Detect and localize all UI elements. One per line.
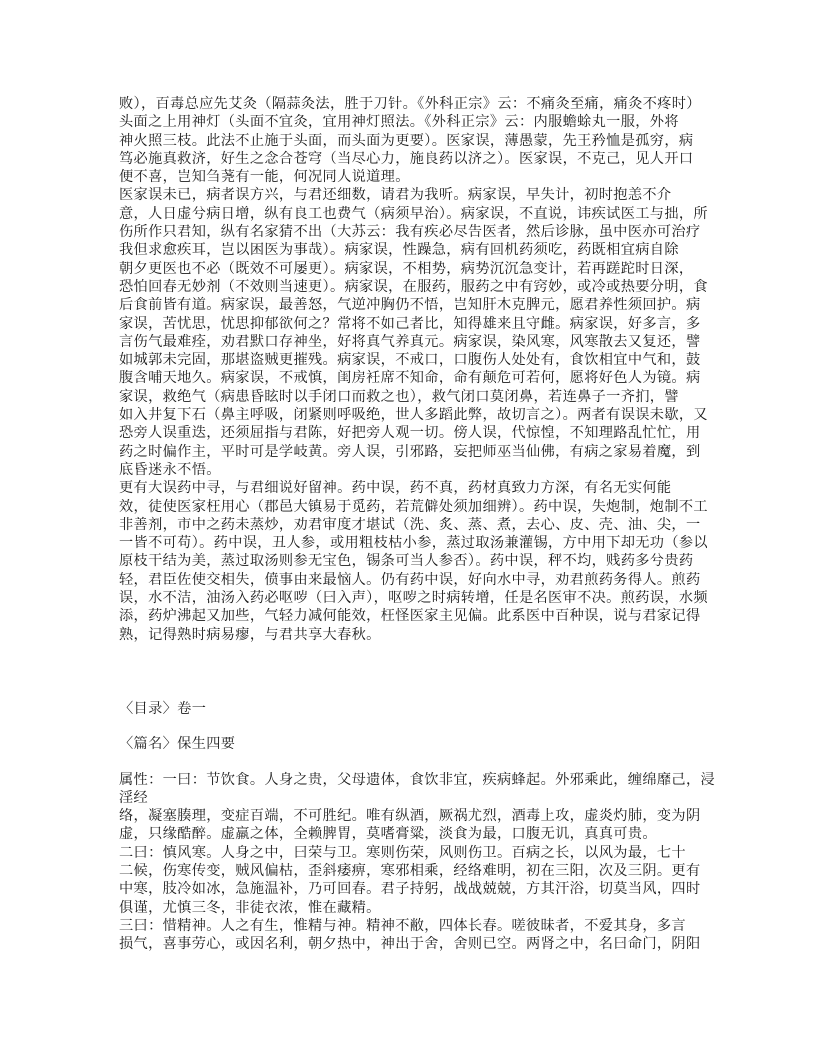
text-line: 后食前皆有道。病家误，最善怒，气逆冲胸仍不悟，岂知肝木克脾元，愿君养性须回护。病: [119, 296, 709, 314]
main-text-block: 败），百毒总应先艾灸（隔蒜灸法，胜于刀针。《外科正宗》云：不痛灸至痛，痛灸不疼时…: [119, 95, 709, 644]
text-line: 恐旁人误重迭，还须屈指与君陈，好把旁人观一切。傍人误，代惊惶，不知理路乱忙忙，用: [119, 424, 709, 442]
text-line: 属性：一曰：节饮食。人身之贵，父母遗体，食饮非宜，疾病蜂起。外邪乘此，缠绵靡己，…: [119, 771, 709, 789]
text-line: 败），百毒总应先艾灸（隔蒜灸法，胜于刀针。《外科正宗》云：不痛灸至痛，痛灸不疼时…: [119, 95, 709, 113]
text-line: 医家误未已，病者误方兴，与君还细数，请君为我听。病家误，早失计，初时抱恙不介: [119, 186, 709, 204]
text-line: 头面之上用神灯（头面不宜灸，宜用神灯照法。《外科正宗》云：内服蟾蜍丸一服，外将: [119, 113, 709, 131]
text-line: 意，人日虚兮病日增，纵有良工也费气（病须早治）。病家误，不直说，讳疾试医工与拙，…: [119, 205, 709, 223]
text-line: 误，水不洁，油汤入药必呕哕（曰入声），呕哕之时病转增，任是名医审不决。煎药误，水…: [119, 589, 709, 607]
text-line: 笃必施真救济，好生之念合苍穹（当尽心力，施良药以济之）。医家误，不克己，见人开口: [119, 150, 709, 168]
text-line: 恐怕回春无妙剂（不效则当速更）。病家误，在服药，服药之中有窍妙，或冷或热要分明，…: [119, 278, 709, 296]
text-line: 俱谨，尤慎三冬，非徒衣浓，惟在藏精。: [119, 899, 709, 917]
text-line: 更有大误药中寻，与君细说好留神。药中误，药不真，药材真致力方深，有名无实何能: [119, 479, 709, 497]
text-line: 二曰：慎风寒。人身之中，曰荣与卫。寒则伤荣，风则伤卫。百病之长，以风为最，七十: [119, 844, 709, 862]
text-line: 神火照三枝。此法不止施于头面，而头面为更要）。医家误，薄愚蒙，先王矜恤是孤穷，病: [119, 132, 709, 150]
text-line: 如城郭未完固，那堪盗贼更摧残。病家误，不戒口，口腹伤人处处有，食饮相宜中气和，鼓: [119, 351, 709, 369]
text-line: 底昏迷永不悟。: [119, 461, 709, 479]
text-line: 如入井复下石（鼻主呼吸，闭紧则呼吸绝，世人多蹈此弊，故切言之）。两者有误误未歇，…: [119, 406, 709, 424]
text-line: 损气，喜事劳心，或因名利，朝夕热中，神出于舍，舍则已空。两肾之中，名曰命门，阴阳: [119, 935, 709, 953]
text-line: 朝夕更医也不必（既效不可屡更）。病家误，不相势，病势沉沉急变计，若再蹉跎时日深，: [119, 260, 709, 278]
chapter-heading: 〈篇名〉保生四要: [119, 735, 709, 753]
text-line: 中寒，肢冷如冰，急施温补，乃可回春。君子持躬，战战兢兢，方其汗浴，切莫当风，四时: [119, 880, 709, 898]
text-line: 言伤气最难痊，劝君默口存神坐，好将真气养真元。病家误，染风寒，风寒散去又复还，譬: [119, 333, 709, 351]
text-line: 络，凝塞腠理，变症百端，不可胜纪。唯有纵酒，厥祸尤烈，酒毒上攻，虚炎灼肺，变为阴: [119, 807, 709, 825]
section-spacer: [119, 718, 709, 735]
text-line: 便不喜，岂知刍荛有一能，何况同人说道理。: [119, 168, 709, 186]
text-line: 非善剂，市中之药未蒸炒，劝君审度才堪试（洗、炙、蒸、煮，去心、皮、壳、油、尖，一: [119, 516, 709, 534]
text-line: 一皆不可苟）。药中误，丑人参，或用粗枝枯小参，蒸过取汤兼灌锡，方中用下却无功（参…: [119, 534, 709, 552]
text-line: 三曰：惜精神。人之有生，惟精与神。精神不敝，四体长春。嗟彼昧者，不爱其身，多言: [119, 917, 709, 935]
document-page: 败），百毒总应先艾灸（隔蒜灸法，胜于刀针。《外科正宗》云：不痛灸至痛，痛灸不疼时…: [119, 95, 709, 953]
text-line: 我但求愈疾耳，岂以困医为事哉）。病家误，性躁急，病有回机药须吃，药既相宜病自除: [119, 241, 709, 259]
text-line: 腹含哺天地久。病家误，不戒慎，闺房衽席不知命，命有颠危可若何，愿将好色人为镜。病: [119, 369, 709, 387]
text-line: 药之时偏作主，平时可是学岐黄。旁人误，引邪路，妄把师巫当仙佛，有病之家易着魔，到: [119, 443, 709, 461]
text-line: 熟，记得熟时病易瘳，与君共享大春秋。: [119, 626, 709, 644]
section-spacer: [119, 644, 709, 700]
text-line: 家误，救绝气（病患昏眩时以手闭口而救之也），救气闭口莫闭鼻，若连鼻子一齐扪，譬: [119, 388, 709, 406]
text-line: 二候，伤寒传变，贼风偏枯，歪斜痿痹，寒邪相乘，经络难明，初在三阳，次及三阴。更有: [119, 862, 709, 880]
text-line: 淫经: [119, 789, 709, 807]
text-line: 虚，只缘酷醉。虚羸之体，全赖脾胃，莫嗜膏粱，淡食为最，口腹无讥，真真可贵。: [119, 825, 709, 843]
text-line: 轻，君臣佐使交相失，偾事由来最恼人。仍有药中误，好向水中寻，劝君煎药务得人。煎药: [119, 571, 709, 589]
text-line: 原枝干结为美，蒸过取汤则参无宝色，锡条可当人参否）。药中误，秤不均，贱药多兮贵药: [119, 552, 709, 570]
text-line: 效，徒使医家枉用心（郡邑大镇易于觅药，若荒僻处须加细辨）。药中误，失炮制，炮制不…: [119, 498, 709, 516]
text-line: 添，药炉沸起又加些，气轻力减何能效，枉怪医家主见偏。此系医中百种误，说与君家记得: [119, 607, 709, 625]
text-line: 家误，苦忧思，忧思抑郁欲何之？常将不如己者比，知得雄来且守雌。病家误，好多言，多: [119, 315, 709, 333]
catalog-heading: 〈目录〉卷一: [119, 700, 709, 718]
attribute-text-block: 属性：一曰：节饮食。人身之贵，父母遗体，食饮非宜，疾病蜂起。外邪乘此，缠绵靡己，…: [119, 771, 709, 954]
section-spacer: [119, 754, 709, 771]
text-line: 伤所作只君知，纵有名家猜不出（大苏云：我有疾必尽告医者，然后诊脉，虽中医亦可治疗: [119, 223, 709, 241]
